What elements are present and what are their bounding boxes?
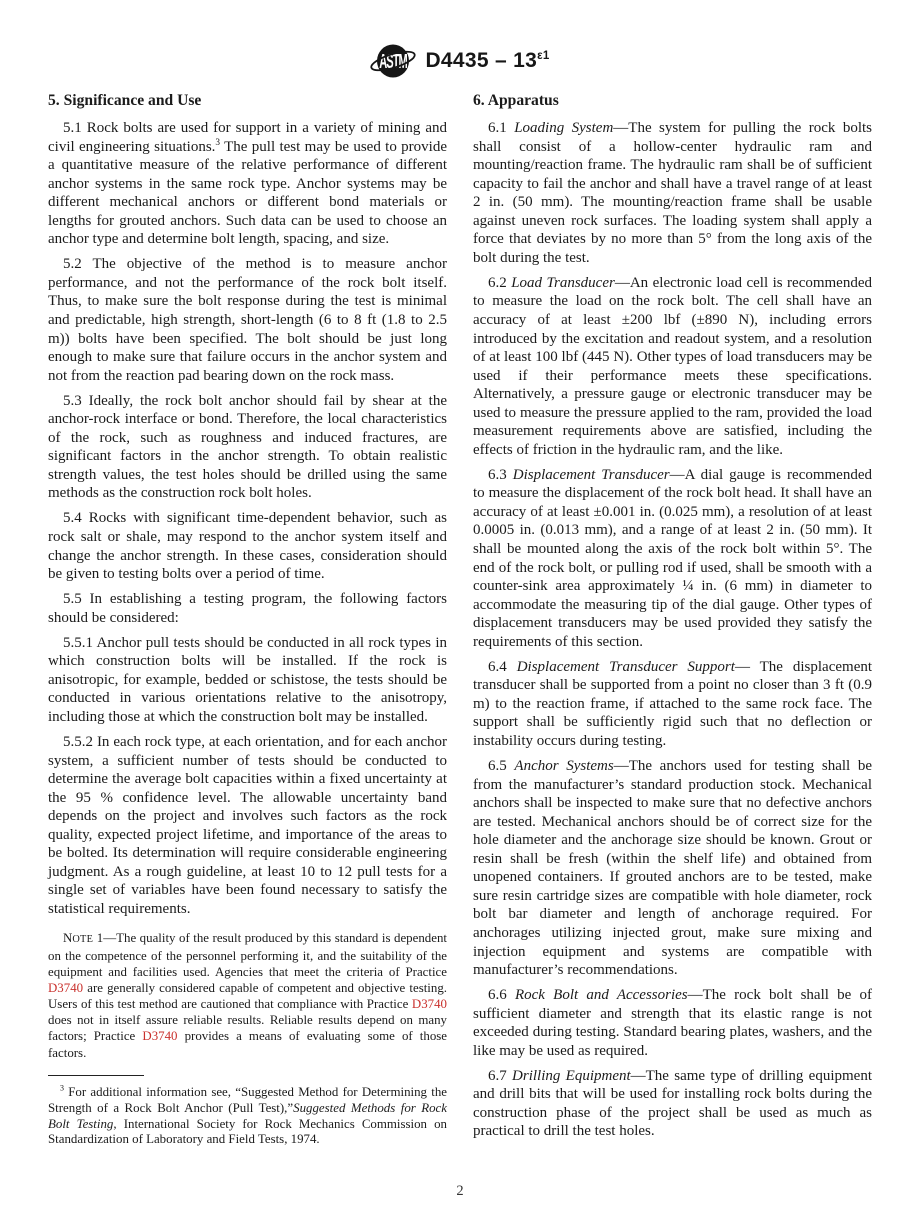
paragraph-6-3: 6.3 Displacement Transducer—A dial gauge… bbox=[473, 466, 872, 651]
footnote-3: 3 For additional information see, “Sugge… bbox=[48, 1085, 447, 1148]
paragraph-5-5-1: 5.5.1 Anchor pull tests should be conduc… bbox=[48, 634, 447, 727]
footnote-separator bbox=[48, 1075, 144, 1076]
d3740-link[interactable]: D3740 bbox=[48, 981, 83, 995]
paragraph-5-3: 5.3 Ideally, the rock bolt anchor should… bbox=[48, 392, 447, 503]
paragraph-6-4: 6.4 Displacement Transducer Support— The… bbox=[473, 658, 872, 751]
note-1: NOTE 1—The quality of the result produce… bbox=[48, 930, 447, 1061]
paragraph-6-2: 6.2 Load Transducer—An electronic load c… bbox=[473, 274, 872, 459]
paragraph-6-5: 6.5 Anchor Systems—The anchors used for … bbox=[473, 757, 872, 980]
section-6-heading: 6. Apparatus bbox=[473, 92, 872, 110]
left-column: 5. Significance and Use 5.1 Rock bolts a… bbox=[48, 92, 447, 1162]
paragraph-5-1: 5.1 Rock bolts are used for support in a… bbox=[48, 119, 447, 249]
right-column: 6. Apparatus 6.1 Loading System—The syst… bbox=[473, 92, 872, 1162]
document-page: ASTM D4435 – 13ε1 5. Significance and Us… bbox=[0, 0, 920, 1232]
paragraph-5-4: 5.4 Rocks with significant time-dependen… bbox=[48, 509, 447, 583]
paragraph-6-6: 6.6 Rock Bolt and Accessories—The rock b… bbox=[473, 986, 872, 1060]
paragraph-5-2: 5.2 The objective of the method is to me… bbox=[48, 255, 447, 385]
designation-title: D4435 – 13ε1 bbox=[425, 49, 549, 73]
paragraph-6-7: 6.7 Drilling Equipment—The same type of … bbox=[473, 1067, 872, 1141]
page-number: 2 bbox=[456, 1183, 463, 1199]
two-column-body: 5. Significance and Use 5.1 Rock bolts a… bbox=[0, 82, 920, 1162]
designation-superscript: ε1 bbox=[537, 50, 549, 62]
paragraph-6-1: 6.1 Loading System—The system for pullin… bbox=[473, 119, 872, 267]
astm-logo-icon: ASTM bbox=[370, 40, 416, 82]
d3740-link[interactable]: D3740 bbox=[412, 997, 447, 1011]
designation-code: D4435 – 13 bbox=[425, 49, 537, 72]
page-footer: 2 bbox=[0, 1182, 920, 1200]
footnote-block: 3 For additional information see, “Sugge… bbox=[48, 1075, 447, 1162]
paragraph-5-5: 5.5 In establishing a testing program, t… bbox=[48, 590, 447, 627]
d3740-link[interactable]: D3740 bbox=[142, 1029, 177, 1043]
section-5-heading: 5. Significance and Use bbox=[48, 92, 447, 110]
document-header: ASTM D4435 – 13ε1 bbox=[0, 0, 920, 82]
paragraph-5-5-2: 5.5.2 In each rock type, at each orienta… bbox=[48, 733, 447, 918]
